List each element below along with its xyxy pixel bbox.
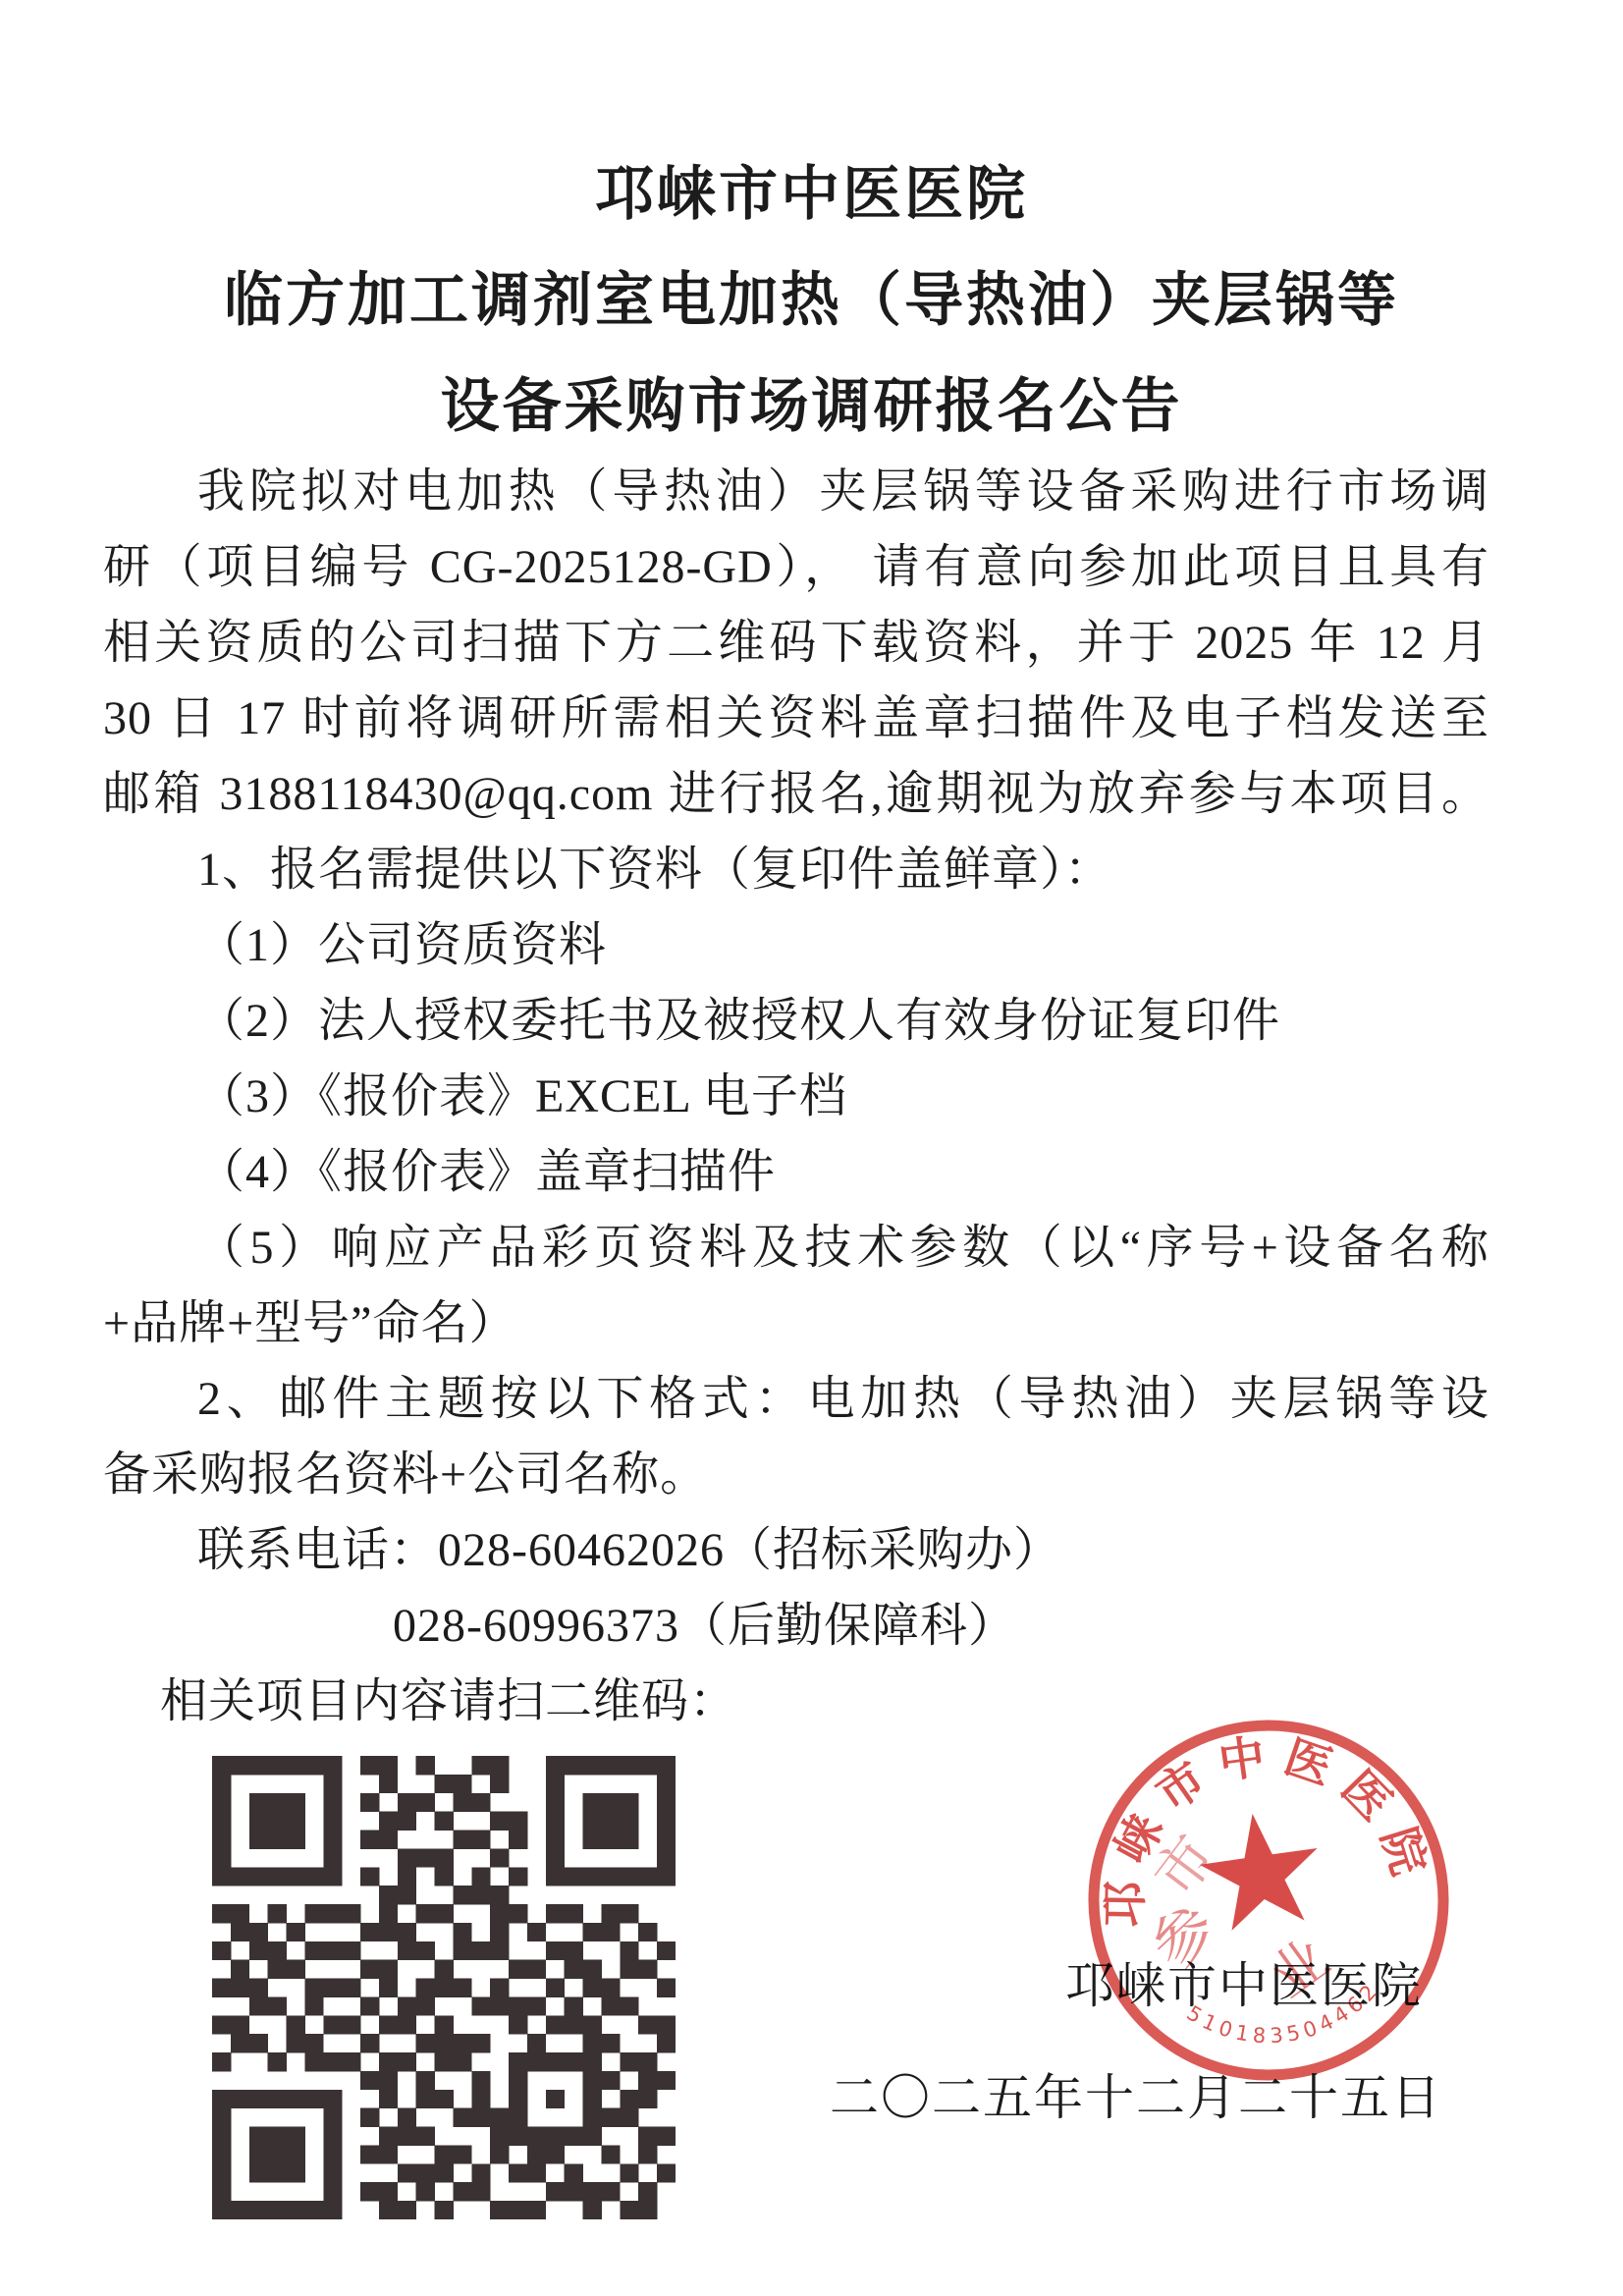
body-line: （4）《报价表》盖章扫描件 [103,1134,1489,1210]
body-line: 备采购报名资料+公司名称。 [103,1437,1489,1512]
body-line: 028-60996373（后勤保障科） [103,1588,1489,1664]
body-line: （2）法人授权委托书及被授权人有效身份证复印件 [103,983,1489,1059]
body-line: 邮箱 3188118430@qq.com 进行报名,逾期视为放弃参与本项目。 [103,756,1489,832]
document-title-line2: 临方加工调剂室电加热（导热油）夹层锅等 [0,253,1623,338]
qr-code-svg [212,1756,676,2219]
official-seal: 邛崃市中医医院 510183504462 参 业 市 [1070,1702,1467,2099]
document-title-line3: 设备采购市场调研报名公告 [0,359,1623,444]
body-line: （3）《报价表》EXCEL 电子档 [103,1059,1489,1134]
seal-ghost-char-1: 参 [1140,1892,1230,1983]
body-line: +品牌+型号”命名） [103,1285,1489,1361]
body-line: 1、报名需提供以下资料（复印件盖鲜章）： [103,832,1489,907]
document-page: 邛崃市中医医院 临方加工调剂室电加热（导热油）夹层锅等 设备采购市场调研报名公告… [0,0,1623,2296]
body-line: 联系电话：028-60462026（招标采购办） [103,1512,1489,1588]
seal-ghost-char-2: 业 [1260,1929,1340,2010]
body-line: （5）响应产品彩页资料及技术参数（以“序号+设备名称 [103,1210,1489,1285]
body-line: 我院拟对电加热（导热油）夹层锅等设备采购进行市场调 [103,454,1489,529]
body-text: 我院拟对电加热（导热油）夹层锅等设备采购进行市场调研（项目编号 CG-20251… [103,454,1489,1739]
qr-code [212,1756,676,2219]
body-line: （1）公司资质资料 [103,907,1489,983]
body-line: 30 日 17 时前将调研所需相关资料盖章扫描件及电子档发送至 [103,681,1489,756]
body-line: 研（项目编号 CG-2025128-GD）， 请有意向参加此项目且具有 [103,529,1489,605]
document-title-line1: 邛崃市中医医院 [0,147,1623,232]
body-line: 相关资质的公司扫描下方二维码下载资料，并于 2025 年 12 月 [103,605,1489,681]
body-line: 2、邮件主题按以下格式：电加热（导热油）夹层锅等设 [103,1361,1489,1437]
